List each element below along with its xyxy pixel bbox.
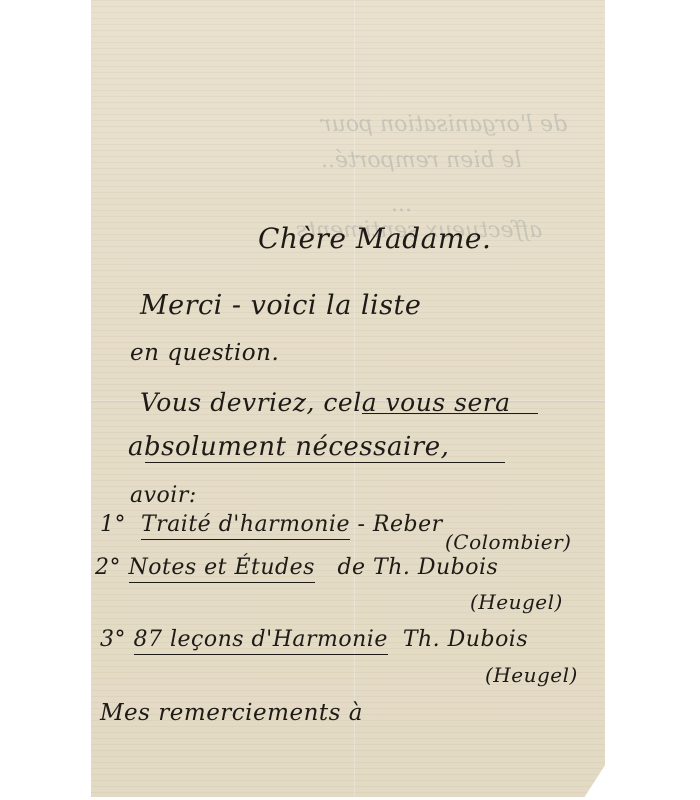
list-title: 87 leçons d'Harmonie [134,627,388,655]
list-author: de Th. Dubois [337,555,498,580]
body-line-1: Merci - voici la liste [140,290,421,321]
list-publisher: (Heugel) [470,590,563,614]
body-line-5: avoir: [130,483,197,508]
underline [362,413,538,414]
list-item-2: 2° Notes et Études de Th. Dubois [95,555,498,580]
bleed-through-text: de l'organisation pour [321,112,567,137]
list-publisher: (Colombier) [445,530,571,554]
list-title: Traité d'harmonie [141,512,350,540]
underline [145,462,505,463]
bleed-through-text: le bien remporté.. [321,148,521,173]
salutation: Chère Madame. [258,222,491,255]
list-author: Th. Dubois [403,627,528,652]
list-number: 3° [100,627,126,652]
closing-line: Mes remerciements à [100,700,363,726]
list-number: 2° [95,555,121,580]
list-item-3: 3° 87 leçons d'Harmonie Th. Dubois [100,627,528,652]
bleed-through-text: ... [391,192,412,217]
list-item-1: 1° Traité d'harmonie - Reber [100,512,443,537]
list-title: Notes et Études [129,555,315,583]
list-author: - Reber [357,512,442,537]
body-line-4: absolument nécessaire, [128,432,449,462]
body-line-2: en question. [130,340,279,366]
list-number: 1° [100,512,126,537]
list-publisher: (Heugel) [485,663,578,687]
